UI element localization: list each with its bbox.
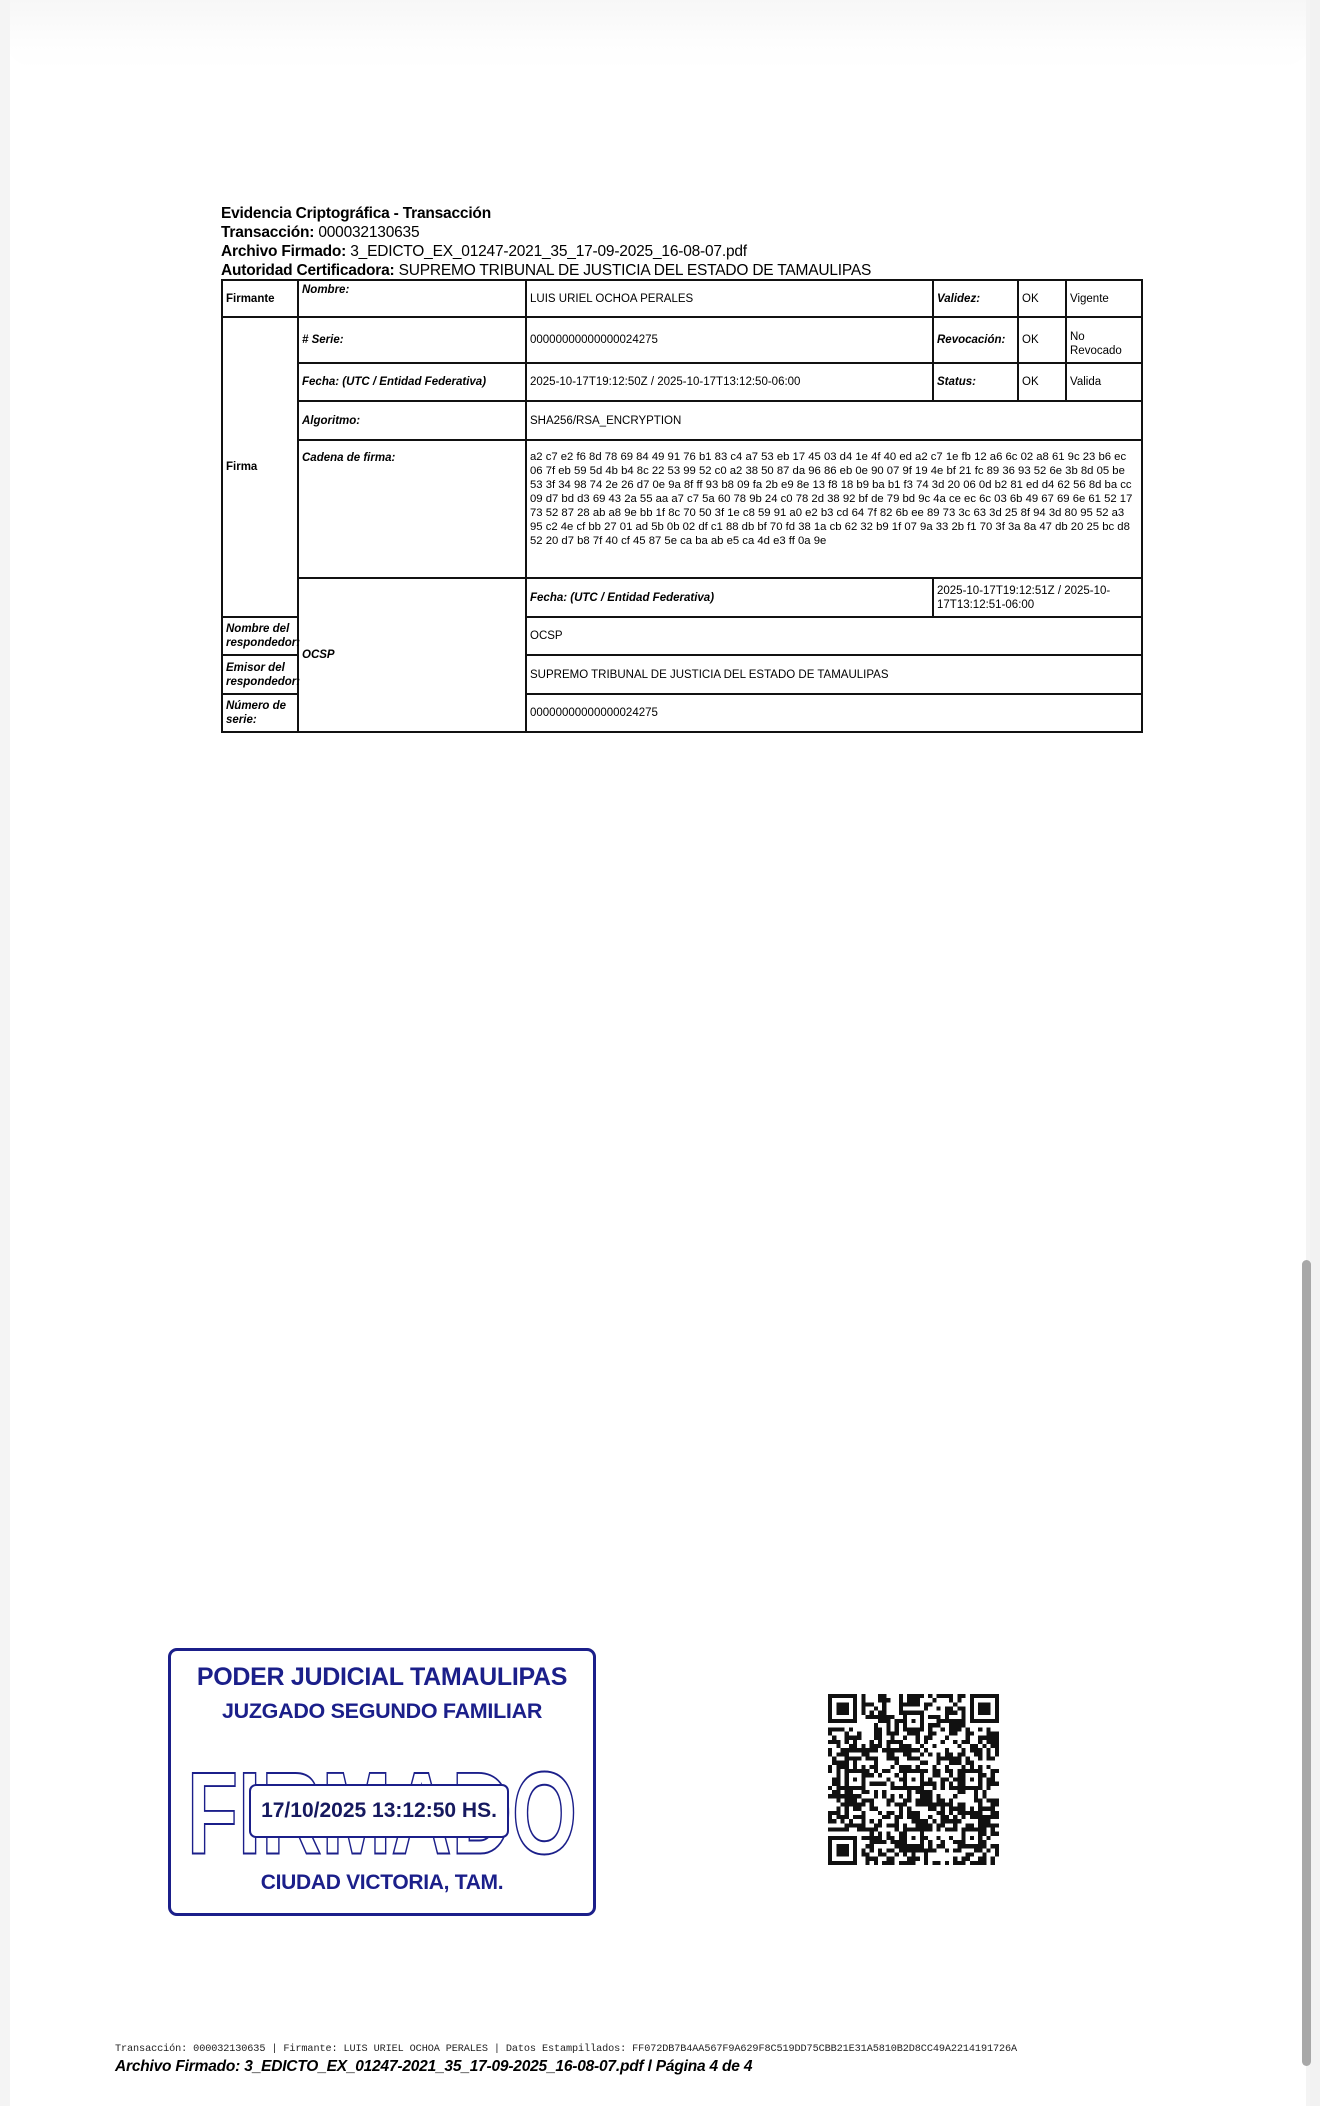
- revocacion-ok: OK: [1018, 317, 1066, 363]
- ocsp-numero-value: 00000000000000024275: [526, 694, 1142, 732]
- stamp-line-2: JUZGADO SEGUNDO FAMILIAR: [171, 1699, 593, 1724]
- evidence-header: Evidencia Criptográfica - Transacción Tr…: [221, 204, 871, 280]
- table-row: Fecha: (UTC / Entidad Federativa) 2025-1…: [222, 363, 1142, 401]
- authority-label: Autoridad Certificadora:: [221, 262, 394, 279]
- serie-value: 00000000000000024275: [526, 317, 933, 363]
- page-top-shadow: [10, 0, 1306, 70]
- scrollbar-thumb[interactable]: [1302, 1260, 1311, 2066]
- ocsp-numero-label: Número de serie:: [222, 694, 298, 732]
- evidence-table: Firmante Nombre: LUIS URIEL OCHOA PERALE…: [221, 279, 1143, 733]
- transaction-value: 000032130635: [318, 224, 419, 241]
- transaction-line: Transacción: 000032130635: [221, 223, 871, 242]
- status-ok: OK: [1018, 363, 1066, 401]
- ocsp-emisor-label: Emisor del respondedor:: [222, 655, 298, 694]
- section-ocsp: OCSP: [298, 578, 526, 732]
- algoritmo-label: Algoritmo:: [298, 401, 526, 440]
- section-firma: Firma: [222, 317, 298, 617]
- authority-line: Autoridad Certificadora: SUPREMO TRIBUNA…: [221, 261, 871, 280]
- ocsp-emisor-value: SUPREMO TRIBUNAL DE JUSTICIA DEL ESTADO …: [526, 655, 1142, 694]
- ocsp-fecha-value: 2025-10-17T19:12:51Z / 2025-10-17T13:12:…: [933, 578, 1142, 617]
- table-row: OCSP Fecha: (UTC / Entidad Federativa) 2…: [222, 578, 1142, 617]
- signed-file-label: Archivo Firmado:: [221, 243, 346, 260]
- signed-file-line: Archivo Firmado: 3_EDICTO_EX_01247-2021_…: [221, 242, 871, 261]
- table-row: Firma # Serie: 00000000000000024275 Revo…: [222, 317, 1142, 363]
- section-firmante: Firmante: [222, 280, 298, 317]
- ocsp-nombre-label: Nombre del respondedor:: [222, 617, 298, 655]
- status-value: Valida: [1066, 363, 1142, 401]
- fecha-firma-value: 2025-10-17T19:12:50Z / 2025-10-17T13:12:…: [526, 363, 933, 401]
- authority-value: SUPREMO TRIBUNAL DE JUSTICIA DEL ESTADO …: [399, 262, 872, 279]
- revocacion-value: No Revocado: [1066, 317, 1142, 363]
- stamp-line-3: CIUDAD VICTORIA, TAM.: [171, 1871, 593, 1895]
- validez-value: Vigente: [1066, 280, 1142, 317]
- nombre-label: Nombre:: [298, 280, 526, 317]
- signed-stamp: PODER JUDICIAL TAMAULIPAS JUZGADO SEGUND…: [168, 1648, 596, 1916]
- ocsp-fecha-label: Fecha: (UTC / Entidad Federativa): [526, 578, 933, 617]
- table-row: Algoritmo: SHA256/RSA_ENCRYPTION: [222, 401, 1142, 440]
- evidence-title: Evidencia Criptográfica - Transacción: [221, 204, 871, 223]
- fecha-firma-label: Fecha: (UTC / Entidad Federativa): [298, 363, 526, 401]
- algoritmo-value: SHA256/RSA_ENCRYPTION: [526, 401, 1142, 440]
- validez-ok: OK: [1018, 280, 1066, 317]
- nombre-value: LUIS URIEL OCHOA PERALES: [526, 280, 933, 317]
- scrollbar-track[interactable]: [1310, 0, 1320, 2106]
- serie-label: # Serie:: [298, 317, 526, 363]
- qr-code-icon: [828, 1694, 999, 1865]
- ocsp-nombre-value: OCSP: [526, 617, 1142, 655]
- stamp-line-1: PODER JUDICIAL TAMAULIPAS: [171, 1663, 593, 1692]
- table-row: Cadena de firma: a2 c7 e2 f6 8d 78 69 84…: [222, 440, 1142, 578]
- stamp-datetime: 17/10/2025 13:12:50 HS.: [249, 1784, 509, 1838]
- cadena-value: a2 c7 e2 f6 8d 78 69 84 49 91 76 b1 83 c…: [526, 440, 1142, 578]
- signed-file-value: 3_EDICTO_EX_01247-2021_35_17-09-2025_16-…: [350, 243, 747, 260]
- footer-transaction-line: Transacción: 000032130635 | Firmante: LU…: [115, 2044, 1017, 2055]
- transaction-label: Transacción:: [221, 224, 314, 241]
- table-row: Firmante Nombre: LUIS URIEL OCHOA PERALE…: [222, 280, 1142, 317]
- cadena-label: Cadena de firma:: [298, 440, 526, 578]
- footer-file-page-line: Archivo Firmado: 3_EDICTO_EX_01247-2021_…: [115, 2058, 752, 2076]
- status-label: Status:: [933, 363, 1018, 401]
- validez-label: Validez:: [933, 280, 1018, 317]
- revocacion-label: Revocación:: [933, 317, 1018, 363]
